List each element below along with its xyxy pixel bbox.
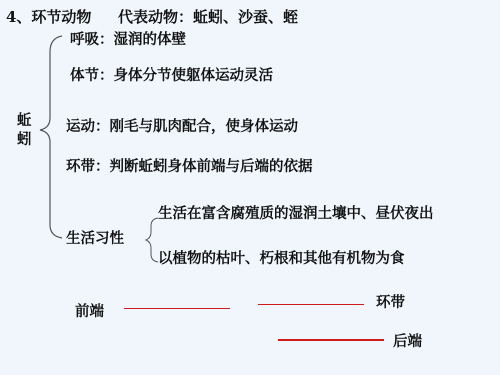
- habit-item: 生活在富含腐殖质的湿润土壤中、昼伏夜出: [158, 205, 434, 223]
- subject-char-2: 蚓: [17, 131, 32, 149]
- feature-label: 呼吸：: [70, 31, 114, 48]
- feature-label: 环带：: [66, 158, 110, 175]
- feature-text: 判断蚯蚓身体前端与后端的依据: [110, 158, 313, 175]
- feature-clitellum: 环带：判断蚯蚓身体前端与后端的依据: [66, 158, 313, 176]
- clitellum-line: [258, 304, 364, 305]
- front-end-line: [124, 308, 230, 309]
- subject-char-1: 蚯: [17, 112, 32, 130]
- feature-label: 体节：: [70, 67, 114, 84]
- clitellum-label: 环带: [376, 294, 405, 312]
- habit-item: 以植物的枯叶、朽根和其他有机物为食: [158, 250, 405, 268]
- back-end-label: 后端: [393, 333, 422, 351]
- feature-respiration: 呼吸：湿润的体壁: [70, 31, 186, 49]
- feature-label: 运动：: [66, 118, 110, 135]
- feature-text: 身体分节使躯体运动灵活: [114, 67, 274, 84]
- front-end-label: 前端: [75, 303, 104, 321]
- back-end-line: [278, 339, 384, 341]
- feature-text: 湿润的体壁: [114, 31, 187, 48]
- feature-segments: 体节：身体分节使躯体运动灵活: [70, 67, 273, 85]
- feature-text: 刚毛与肌肉配合，使身体运动: [110, 118, 299, 135]
- habits-label: 生活习性: [66, 230, 124, 248]
- feature-movement: 运动：刚毛与肌肉配合，使身体运动: [66, 118, 298, 136]
